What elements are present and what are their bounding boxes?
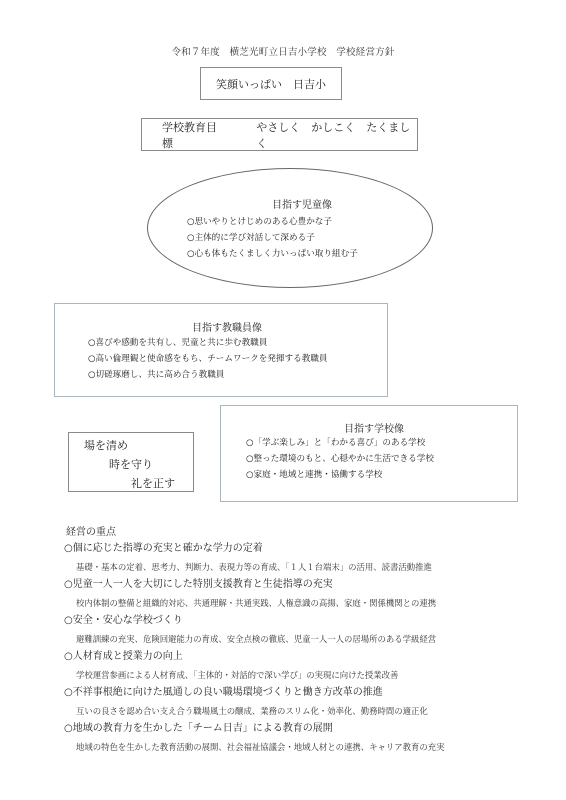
school-goal-label: 学校教育目標	[162, 119, 226, 151]
priority-title: ○不祥事根絶に向けた風通しの良い職場環境づくりと働き方改革の推進	[64, 684, 536, 702]
ideal-staff-heading: 目指す教職員像	[55, 319, 389, 334]
priority-detail: 避難訓練の充実、危険回避能力の育成、安全点検の徹底、児童一人一人の居場所のある学…	[66, 630, 536, 648]
ideal-school-box: 目指す学校像 ○「学ぶ楽しみ」と「わかる喜び」のある学校 ○整った環境のもと、心…	[220, 405, 518, 502]
motto-line: 場を清め	[84, 437, 128, 453]
ideal-school-item: ○整った環境のもと、心穏やかに生活できる学校	[246, 451, 434, 467]
ideal-child-section: 目指す児童像 ○思いやりとけじめのある心豊かな子 ○主体的に学び対話して深める子…	[187, 196, 417, 262]
priority-detail: 地域の特色を生かした教育活動の展開、社会福祉協議会・地域人材との連携、キャリア教…	[66, 738, 536, 756]
priority-detail: 基礎・基本の定着、思考力、判断力、表現力等の育成、「１人１台端末」の活用、読書活…	[66, 558, 536, 576]
ideal-staff-list: ○喜びや感動を共有し、児童と共に歩む教職員 ○高い倫理観と使命感をもち、チームワ…	[88, 335, 328, 383]
motto-line: 時を守り	[109, 456, 153, 472]
priority-title: ○個に応じた指導の充実と確かな学力の定着	[64, 540, 536, 558]
priority-title: ○地域の教育力を生かした「チーム日吉」による教育の展開	[64, 720, 536, 738]
ideal-staff-item: ○切磋琢磨し、共に高め合う教職員	[88, 367, 328, 383]
ideal-school-list: ○「学ぶ楽しみ」と「わかる喜び」のある学校 ○整った環境のもと、心穏やかに生活で…	[246, 435, 434, 483]
ideal-school-item: ○家庭・地域と連携・協働する学校	[246, 467, 434, 483]
school-goal-box: 学校教育目標 やさしく かしこく たくましく	[141, 118, 418, 151]
slogan-box: 笑顔いっぱい 日吉小	[200, 67, 342, 100]
ideal-child-item: ○思いやりとけじめのある心豊かな子	[187, 214, 417, 230]
ideal-child-item: ○心も体もたくましく力いっぱい取り組む子	[187, 246, 417, 262]
motto-line: 礼を正す	[131, 475, 175, 491]
slogan-text: 笑顔いっぱい 日吉小	[216, 76, 326, 92]
priority-detail: 学校運営参画による人材育成、「主体的・対話的で深い学び」の実現に向けた授業改善	[66, 666, 536, 684]
priorities-heading: 経営の重点	[66, 523, 536, 538]
ideal-staff-box: 目指す教職員像 ○喜びや感動を共有し、児童と共に歩む教職員 ○高い倫理観と使命感…	[54, 303, 388, 397]
ideal-school-heading: 目指す学校像	[221, 420, 519, 435]
priority-title: ○安全・安心な学校づくり	[64, 612, 536, 630]
ideal-child-heading: 目指す児童像	[187, 196, 417, 211]
ideal-staff-item: ○高い倫理観と使命感をもち、チームワークを発揮する教職員	[88, 351, 328, 367]
school-goal-values: やさしく かしこく たくましく	[256, 119, 417, 151]
management-priorities: 経営の重点 ○個に応じた指導の充実と確かな学力の定着 基礎・基本の定着、思考力、…	[66, 523, 536, 756]
document-title: 令和７年度 横芝光町立日吉小学校 学校経営方針	[0, 44, 566, 58]
ideal-staff-item: ○喜びや感動を共有し、児童と共に歩む教職員	[88, 335, 328, 351]
priority-title: ○児童一人一人を大切にした特別支援教育と生徒指導の充実	[64, 576, 536, 594]
ideal-school-item: ○「学ぶ楽しみ」と「わかる喜び」のある学校	[246, 435, 434, 451]
motto-box: 場を清め 時を守り 礼を正す	[68, 432, 194, 492]
priority-title: ○人材育成と授業力の向上	[64, 648, 536, 666]
ideal-child-item: ○主体的に学び対話して深める子	[187, 230, 417, 246]
priority-detail: 校内体制の整備と組織的対応、共通理解・共通実践、人権意識の高揚、家庭・関係機関と…	[66, 594, 536, 612]
priority-detail: 互いの良さを認め合い支え合う職場風土の醸成、業務のスリム化・効率化、勤務時間の適…	[66, 702, 536, 720]
